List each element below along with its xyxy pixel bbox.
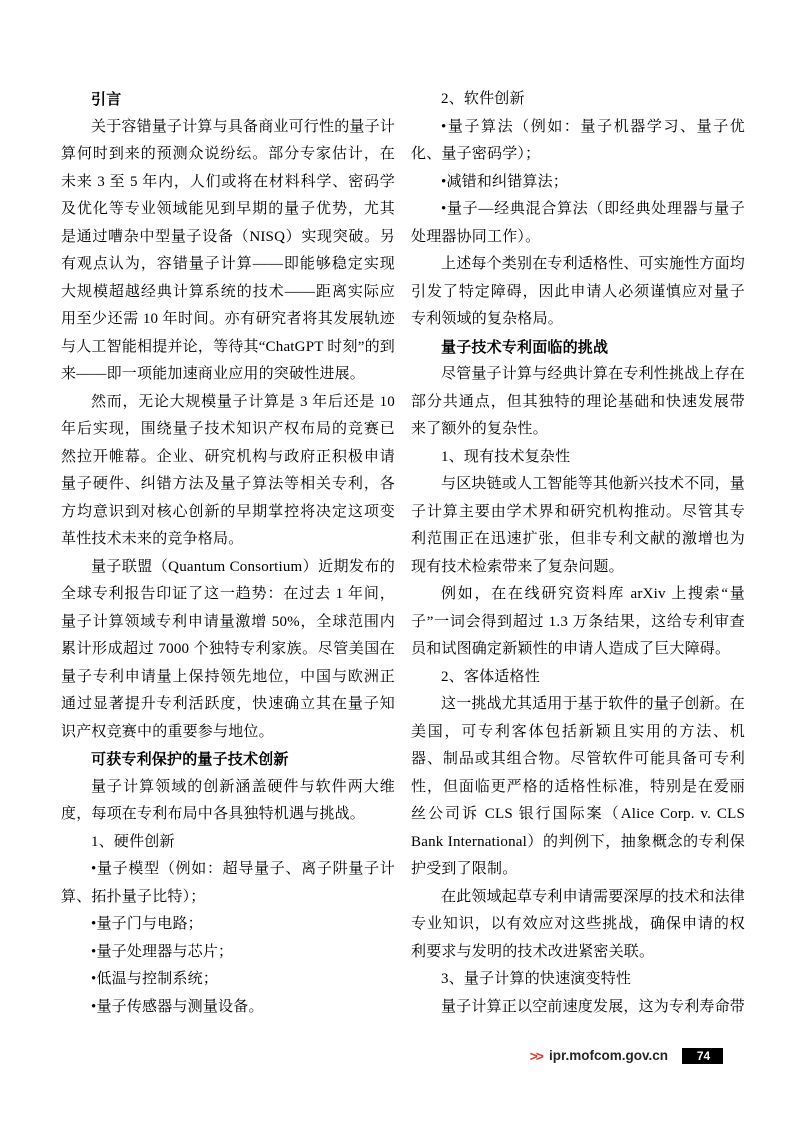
section-heading-patentable-innovations: 可获专利保护的量子技术创新 bbox=[61, 746, 395, 774]
footer-site-url: ipr.mofcom.gov.cn bbox=[549, 1049, 668, 1063]
right-column: 2、软件创新 •量子算法（例如：量子机器学习、量子优化、量子密码学）； •减错和… bbox=[411, 86, 745, 1021]
list-label-hardware-innovation: 1、硬件创新 bbox=[61, 829, 395, 857]
page-number-badge: 74 bbox=[682, 1048, 723, 1064]
paragraph: 这一挑战尤其适用于基于软件的量子创新。在美国，可专利客体包括新颖且实用的方法、机… bbox=[411, 691, 745, 884]
bullet-item: •量子门与电路； bbox=[61, 911, 395, 939]
paragraph: 在此领域起草专利申请需要深厚的技术和法律专业知识，以有效应对这些挑战，确保申请的… bbox=[411, 884, 745, 967]
bullet-item: •量子模型（例如：超导量子、离子阱量子计算、拓扑量子比特）； bbox=[61, 856, 395, 911]
section-heading-patent-challenges: 量子技术专利面临的挑战 bbox=[411, 334, 745, 362]
paragraph: 例如，在在线研究资料库 arXiv 上搜索“量子”一词会得到超过 1.3 万条结… bbox=[411, 581, 745, 664]
paragraph: 上述每个类别在专利适格性、可实施性方面均引发了特定障碍，因此申请人必须谨慎应对量… bbox=[411, 251, 745, 334]
paragraph: 与区块链或人工智能等其他新兴技术不同，量子计算主要由学术界和研究机构推动。尽管其… bbox=[411, 471, 745, 581]
paragraph: 量子计算领域的创新涵盖硬件与软件两大维度，每项在专利布局中各具独特机遇与挑战。 bbox=[61, 774, 395, 829]
paragraph: 尽管量子计算与经典计算在专利性挑战上存在部分共通点，但其独特的理论基础和快速发展… bbox=[411, 361, 745, 444]
section-heading-introduction: 引言 bbox=[61, 86, 395, 114]
page-footer: >> ipr.mofcom.gov.cn 74 bbox=[530, 1047, 723, 1064]
document-page: 引言 关于容错量子计算与具备商业可行性的量子计算何时到来的预测众说纷纭。部分专家… bbox=[0, 0, 794, 1123]
list-label-prior-art-complexity: 1、现有技术复杂性 bbox=[411, 444, 745, 472]
bullet-item: •量子处理器与芯片； bbox=[61, 939, 395, 967]
paragraph: 量子联盟（Quantum Consortium）近期发布的全球专利报告印证了这一… bbox=[61, 554, 395, 747]
bullet-item: •低温与控制系统； bbox=[61, 966, 395, 994]
paragraph: 量子计算正以空前速度发展，这为专利寿命带 bbox=[411, 994, 745, 1022]
list-label-subject-matter-eligibility: 2、客体适格性 bbox=[411, 664, 745, 692]
bullet-item: •量子—经典混合算法（即经典处理器与量子处理器协同工作）。 bbox=[411, 196, 745, 251]
list-label-software-innovation: 2、软件创新 bbox=[411, 86, 745, 114]
left-column: 引言 关于容错量子计算与具备商业可行性的量子计算何时到来的预测众说纷纭。部分专家… bbox=[61, 86, 395, 1021]
bullet-item: •减错和纠错算法； bbox=[411, 169, 745, 197]
chevron-right-icon: >> bbox=[530, 1049, 542, 1063]
bullet-item: •量子传感器与测量设备。 bbox=[61, 994, 395, 1022]
list-label-rapid-evolution: 3、量子计算的快速演变特性 bbox=[411, 966, 745, 994]
paragraph: 然而，无论大规模量子计算是 3 年后还是 10 年后实现，围绕量子技术知识产权布… bbox=[61, 389, 395, 554]
bullet-item: •量子算法（例如：量子机器学习、量子优化、量子密码学）； bbox=[411, 114, 745, 169]
paragraph: 关于容错量子计算与具备商业可行性的量子计算何时到来的预测众说纷纭。部分专家估计，… bbox=[61, 114, 395, 389]
